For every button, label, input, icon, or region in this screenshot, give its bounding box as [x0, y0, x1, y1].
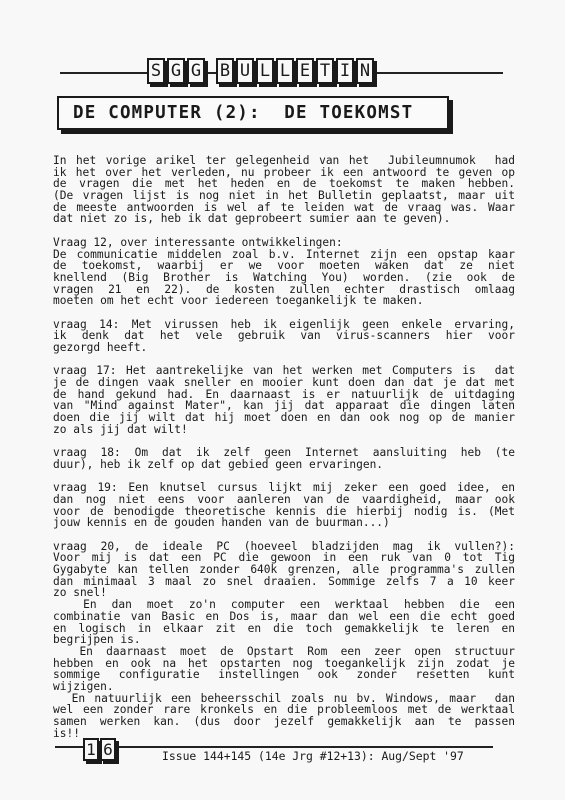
- text-line: zo als jij dat wilt!: [53, 424, 515, 436]
- text-line: dan minimaal 3 maal zo snel draaien. Som…: [53, 576, 515, 588]
- text-line: moeten om het echt voor iedereen toegank…: [53, 295, 515, 307]
- page-number-digit: 1: [83, 738, 99, 761]
- paragraph: vraag 17: Het aantrekelijke van het werk…: [53, 365, 515, 435]
- paragraph: vraag 14: Met virussen heb ik eigenlijk …: [53, 319, 515, 354]
- masthead-logo: SGGBULLETIN: [147, 58, 385, 84]
- text-line: je de dingen vaak sneller en mooier kunt…: [53, 377, 515, 389]
- text-line: En daarnaast moet de Opstart Rom een zee…: [53, 646, 515, 658]
- text-line: dan nog niet eens voor aanleren van de v…: [53, 494, 515, 506]
- masthead-letter: I: [336, 58, 354, 84]
- masthead-word: BULLETIN: [216, 58, 375, 84]
- text-line: duur), heb ik zelf op dat gebied geen er…: [53, 459, 515, 471]
- document-page: SGGBULLETIN DE COMPUTER (2): DE TOEKOMST…: [0, 0, 565, 800]
- paragraph: vraag 19: Een knutsel cursus lijkt mij z…: [53, 482, 515, 529]
- text-line: In het vorige arikel ter gelegenheid van…: [53, 155, 515, 167]
- text-line: wijzigen.: [53, 681, 515, 693]
- masthead-letter: L: [256, 58, 274, 84]
- text-line: gezorgd heeft.: [53, 342, 515, 354]
- masthead-letter: N: [356, 58, 374, 84]
- text-line: dat niet zo is, heb ik dat geprobeert su…: [53, 213, 515, 225]
- masthead-letter: T: [316, 58, 334, 84]
- footer-rule: [55, 746, 493, 748]
- paragraph: In het vorige arikel ter gelegenheid van…: [53, 155, 515, 225]
- text-line: Vraag 12, over interessante ontwikkeling…: [53, 237, 515, 249]
- text-line: Gygabyte kan tellen zonder 640k grenzen,…: [53, 564, 515, 576]
- masthead-word: SGG: [147, 58, 206, 84]
- article-title-box: DE COMPUTER (2): DE TOEKOMST: [57, 96, 449, 130]
- issue-info: Issue 144+145 (14e Jrg #12+13): Aug/Sept…: [162, 749, 464, 763]
- text-line: knellend (Big Brother is Watching You) w…: [53, 272, 515, 284]
- text-line: (De vragen lijst is nog niet in het Bull…: [53, 190, 515, 202]
- masthead-letter: U: [236, 58, 254, 84]
- article-body: In het vorige arikel ter gelegenheid van…: [53, 155, 515, 751]
- page-number-digit: 6: [100, 738, 116, 761]
- masthead-letter: G: [167, 58, 185, 84]
- masthead-letter: E: [296, 58, 314, 84]
- text-line: samen werken kan. (dus door jezelf gemak…: [53, 716, 515, 728]
- masthead-letter: L: [276, 58, 294, 84]
- masthead-letter: B: [216, 58, 234, 84]
- text-line: jouw kennis en de gouden handen van de b…: [53, 517, 515, 529]
- paragraph: vraag 20, de ideale PC (hoeveel bladzijd…: [53, 541, 515, 740]
- text-line: combinatie van Basic en Dos is, maar dan…: [53, 611, 515, 623]
- paragraph: vraag 18: Om dat ik zelf geen Internet a…: [53, 447, 515, 470]
- article-title: DE COMPUTER (2): DE TOEKOMST: [73, 103, 413, 123]
- text-line: is!!: [53, 728, 515, 740]
- text-line: sommige configuratie instellingen ook zo…: [53, 669, 515, 681]
- paragraph: Vraag 12, over interessante ontwikkeling…: [53, 237, 515, 307]
- masthead-letter: G: [187, 58, 205, 84]
- page-number: 16: [83, 738, 117, 761]
- masthead-letter: S: [147, 58, 165, 84]
